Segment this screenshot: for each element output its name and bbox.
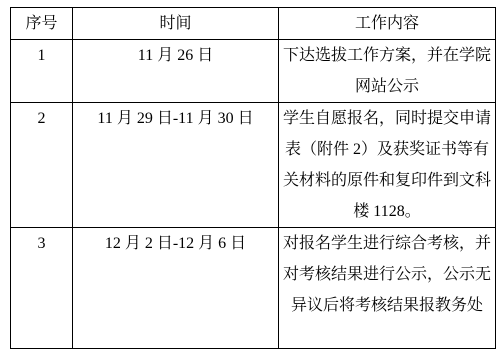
row-time: 12 月 2 日-12 月 6 日 [73,228,279,349]
row-content: 下达选拔工作方案，并在学院网站公示 [279,40,496,103]
row-number: 2 [11,103,73,228]
document-page: 序号 时间 工作内容 1 11 月 26 日 下达选拔工作方案，并在学院网站公示… [0,0,504,363]
row-number: 3 [11,228,73,349]
header-cell-time: 时间 [73,8,279,40]
row-time: 11 月 26 日 [73,40,279,103]
header-cell-content: 工作内容 [279,8,496,40]
work-schedule-table: 序号 时间 工作内容 1 11 月 26 日 下达选拔工作方案，并在学院网站公示… [10,7,496,349]
table-row: 2 11 月 29 日-11 月 30 日 学生自愿报名，同时提交申请表（附件 … [11,103,496,228]
row-time: 11 月 29 日-11 月 30 日 [73,103,279,228]
row-content: 对报名学生进行综合考核，并对考核结果进行公示，公示无异议后将考核结果报教务处 [279,228,496,349]
row-number: 1 [11,40,73,103]
row-content: 学生自愿报名，同时提交申请表（附件 2）及获奖证书等有关材料的原件和复印件到文科… [279,103,496,228]
table-row: 1 11 月 26 日 下达选拔工作方案，并在学院网站公示 [11,40,496,103]
table-row: 3 12 月 2 日-12 月 6 日 对报名学生进行综合考核，并对考核结果进行… [11,228,496,349]
table-header-row: 序号 时间 工作内容 [11,8,496,40]
header-cell-no: 序号 [11,8,73,40]
